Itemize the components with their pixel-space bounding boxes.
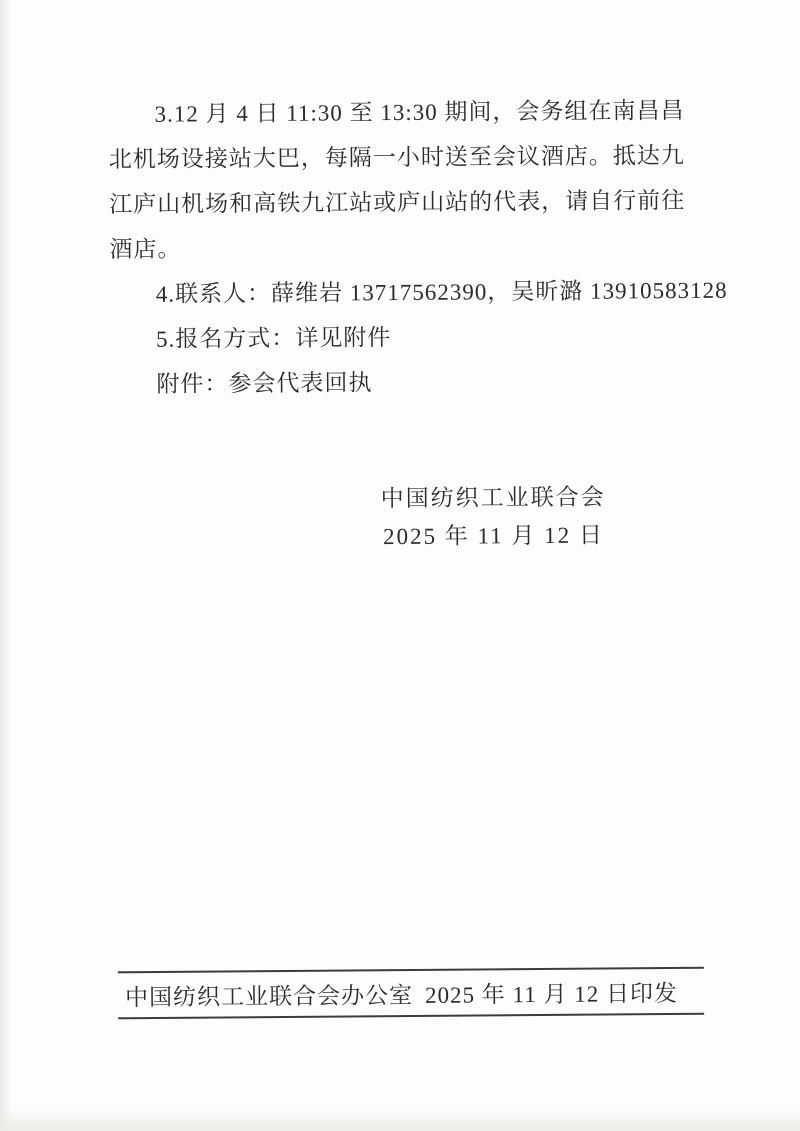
document-page: 3.12 月 4 日 11:30 至 13:30 期间，会务组在南昌昌北机场设接…: [0, 0, 800, 1131]
transport-notice-paragraph: 3.12 月 4 日 11:30 至 13:30 期间，会务组在南昌昌北机场设接…: [108, 88, 685, 272]
signature-block: 中国纺织工业联合会 2025 年 11 月 12 日: [205, 477, 782, 557]
scan-edge-bottom-shadow: [0, 1109, 800, 1131]
footer-rule-box: 中国纺织工业联合会办公室 2025 年 11 月 12 日印发: [118, 967, 704, 1020]
footer-issuing-office: 中国纺织工业联合会办公室: [125, 976, 413, 1011]
footer-print-date: 2025 年 11 月 12 日印发: [425, 974, 678, 1009]
document-body: 3.12 月 4 日 11:30 至 13:30 期间，会务组在南昌昌北机场设接…: [108, 88, 687, 558]
contact-line: 4.联系人：薛维岩 13717562390，吴昕潞 13910583128: [110, 268, 686, 317]
signature-organization: 中国纺织工业联合会: [205, 477, 781, 519]
registration-method-line: 5.报名方式：详见附件: [110, 313, 686, 362]
scan-edge-left-shadow: [0, 0, 12, 1131]
signature-date: 2025 年 11 月 12 日: [205, 515, 781, 557]
attachment-line: 附件：参会代表回执: [110, 358, 686, 407]
